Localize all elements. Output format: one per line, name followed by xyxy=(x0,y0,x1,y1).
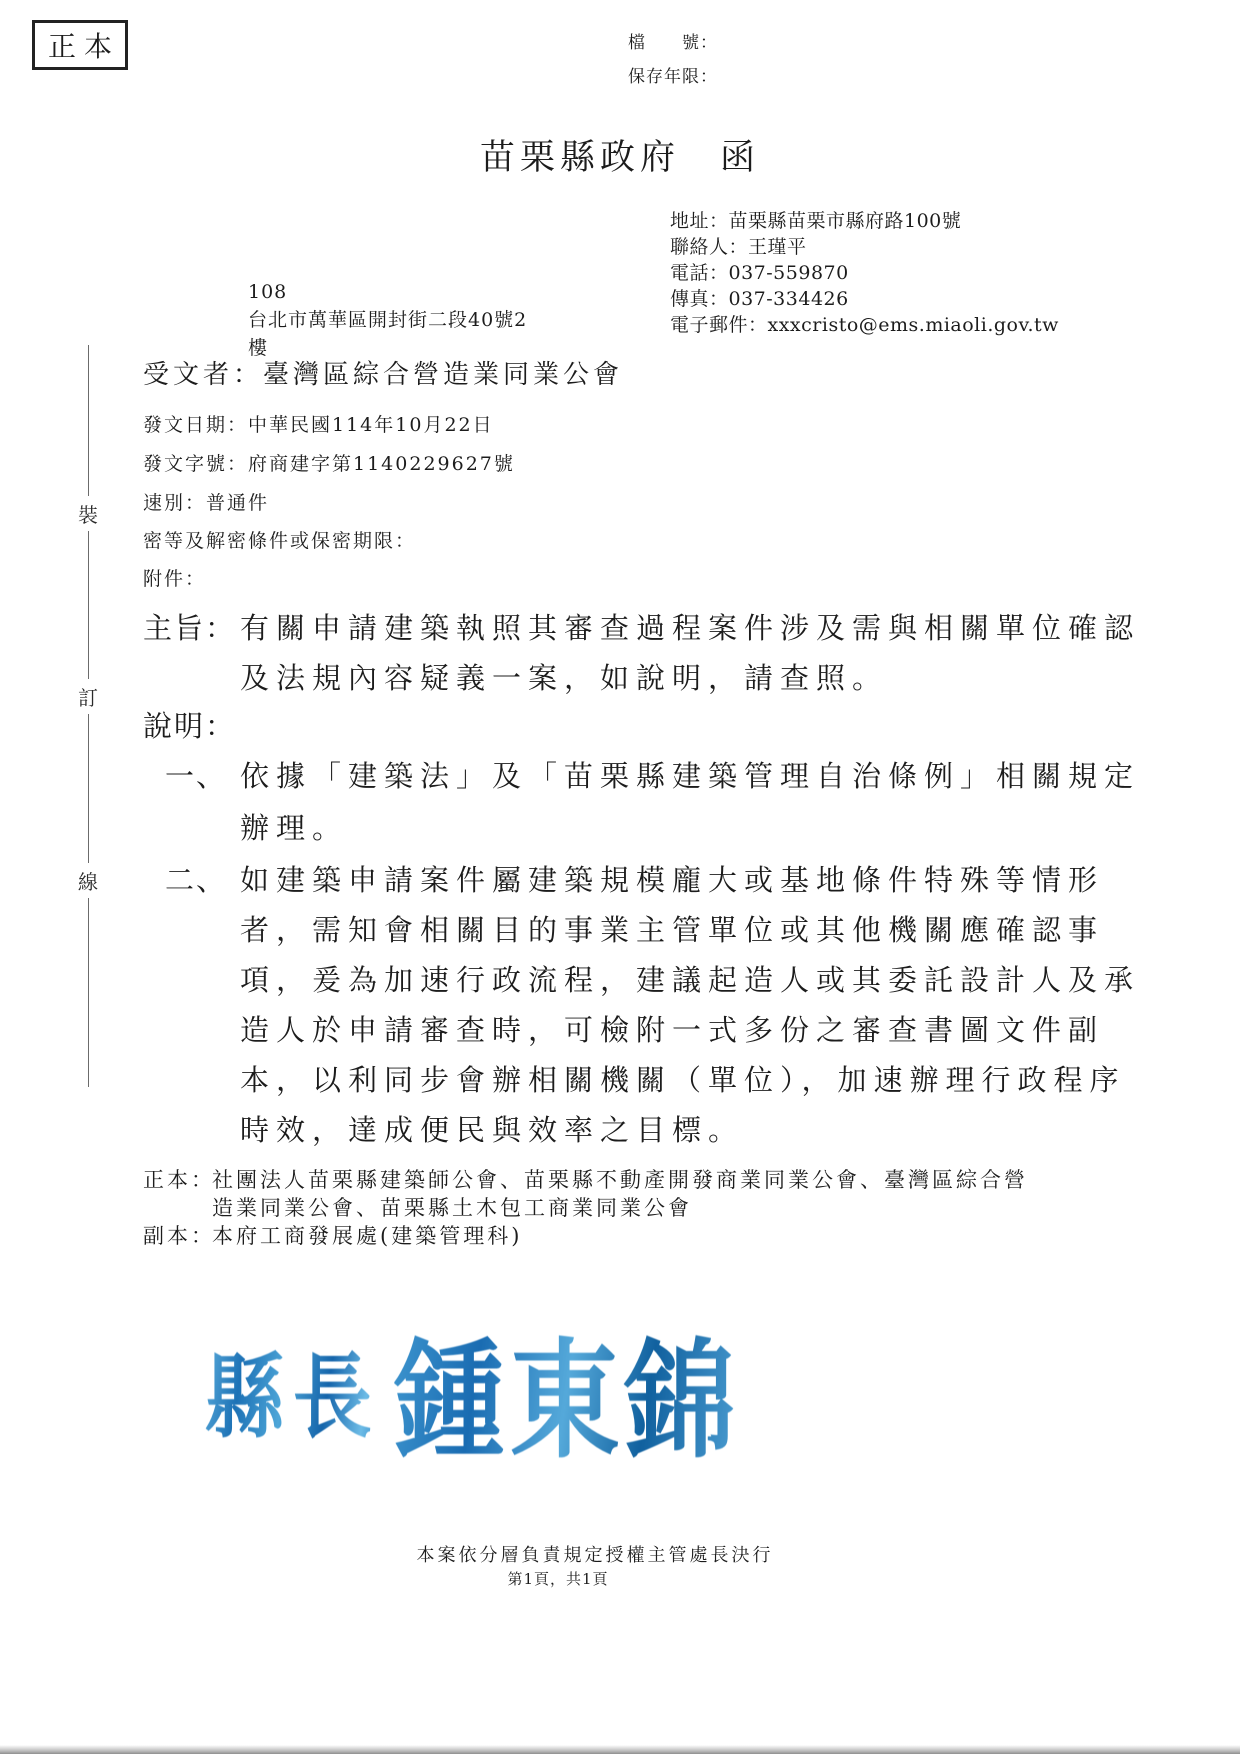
cc-copy-text: 本府工商發展處(建築管理科) xyxy=(212,1220,522,1250)
file-number-label: 檔 號： xyxy=(628,28,718,53)
delegation-note: 本案依分層負責規定授權主管處長決行 xyxy=(417,1541,774,1567)
recipient-line: 受文者：臺灣區綜合營造業同業公會 xyxy=(143,354,623,391)
recipient-zip: 108 xyxy=(248,278,527,306)
cc-copy-label: 副本： xyxy=(143,1220,215,1250)
explanation-item1-line1: 依據「建築法」及「苗栗縣建築管理自治條例」相關規定 xyxy=(240,754,1140,795)
explanation-item2-line5: 本，以利同步會辦相關機關（單位），加速辦理行政程序 xyxy=(240,1058,1126,1099)
scanner-bottom-edge xyxy=(0,1745,1240,1754)
page-number-footer: 第1頁，共1頁 xyxy=(507,1568,608,1589)
explanation-item2-number: 二、 xyxy=(165,858,227,899)
explanation-item1-number: 一、 xyxy=(165,754,227,795)
binding-mark-ding: 訂 xyxy=(76,679,100,714)
explanation-item2-line4: 造人於申請審查時，可檢附一式多份之審查書圖文件副 xyxy=(240,1008,1104,1049)
agency-phone: 電話：037-559870 xyxy=(670,260,1059,286)
recipient-address-line1: 台北市萬華區開封街二段40號2 xyxy=(248,306,527,334)
subject-line-2: 及法規內容疑義一案，如說明，請查照。 xyxy=(240,656,888,697)
agency-email: 電子郵件：xxxcristo@ems.miaoli.gov.tw xyxy=(670,312,1059,338)
explanation-item2-line1: 如建築申請案件屬建築規模龐大或基地條件特殊等情形 xyxy=(240,858,1104,899)
priority-line: 速別：普通件 xyxy=(143,488,269,515)
security-line: 密等及解密條件或保密期限： xyxy=(143,526,416,553)
attachment-line: 附件： xyxy=(143,564,206,591)
binding-mark-xian: 線 xyxy=(76,863,100,898)
explanation-item2-line2: 者，需知會相關目的事業主管單位或其他機關應確認事 xyxy=(240,908,1104,949)
agency-contact-person: 聯絡人：王瑾平 xyxy=(670,234,1059,260)
county-magistrate-signature-stamp: 縣長 鍾東錦 xyxy=(205,1298,740,1482)
original-copy-label: 正本： xyxy=(143,1164,215,1194)
binding-line xyxy=(88,345,89,1087)
doc-number-line: 發文字號：府商建字第1140229627號 xyxy=(143,449,515,476)
copy-type-stamp-box: 正本 xyxy=(32,20,128,70)
original-copy-line2: 造業同業公會、苗栗縣土木包工商業同業公會 xyxy=(212,1192,692,1222)
retention-period-label: 保存年限： xyxy=(628,62,718,87)
issue-date-line: 發文日期：中華民國114年10月22日 xyxy=(143,410,494,437)
binding-mark-zhuang: 裝 xyxy=(76,496,100,531)
explanation-item1-line2: 辦理。 xyxy=(240,806,348,847)
explanation-item2-line6: 時效，達成便民與效率之目標。 xyxy=(240,1108,744,1149)
document-title: 苗栗縣政府 函 xyxy=(480,130,760,180)
stamp-name: 鍾東錦 xyxy=(394,1298,740,1482)
original-copy-line1: 社團法人苗栗縣建築師公會、苗栗縣不動產開發商業同業公會、臺灣區綜合營 xyxy=(212,1164,1028,1194)
subject-line-1: 有關申請建築執照其審查過程案件涉及需與相關單位確認 xyxy=(240,606,1140,647)
agency-contact-block: 地址：苗栗縣苗栗市縣府路100號 聯絡人：王瑾平 電話：037-559870 傳… xyxy=(670,208,1059,338)
recipient-mailing-address: 108 台北市萬華區開封街二段40號2 樓 xyxy=(248,278,527,362)
stamp-title: 縣長 xyxy=(205,1324,380,1456)
agency-address: 地址：苗栗縣苗栗市縣府路100號 xyxy=(670,208,1059,234)
subject-label: 主旨： xyxy=(143,606,236,647)
explanation-heading: 說明： xyxy=(143,704,236,745)
agency-fax: 傳真：037-334426 xyxy=(670,286,1059,312)
explanation-item2-line3: 項，爰為加速行政流程，建議起造人或其委託設計人及承 xyxy=(240,958,1140,999)
copy-type-stamp-label: 正本 xyxy=(48,25,120,65)
